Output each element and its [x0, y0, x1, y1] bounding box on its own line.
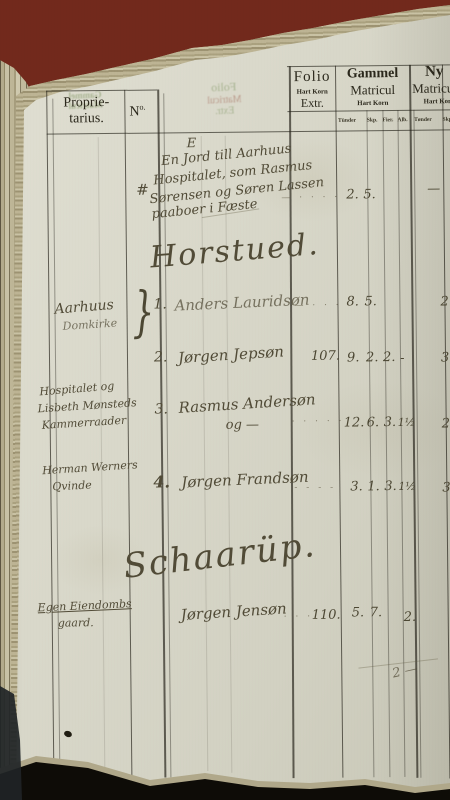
unit-label-ny-skp: Skp. [442, 116, 450, 122]
value-gammel-fier: 2. [383, 350, 396, 365]
row-number: 4. [153, 474, 170, 490]
header-text: Matricul [412, 81, 450, 95]
header-text: N [129, 104, 139, 119]
paper-fold-line [201, 136, 209, 771]
dotted-leader: · · · · · [292, 417, 345, 428]
header-rule [47, 129, 450, 135]
value-gammel-alb: 1½ [398, 480, 416, 493]
unit-label-alb: Alb. [397, 116, 406, 122]
value-gammel-skp: 2. [366, 350, 379, 365]
value-gammel-toender: 8. [346, 294, 359, 309]
value-gammel-fier: 3. [384, 415, 397, 430]
proprietor-name: Qvinde [52, 480, 92, 493]
dotted-leader: - - - - [294, 483, 336, 493]
value-gammel-skp: 7. [370, 605, 383, 620]
proprietor-name: Lisbeth Mønsteds [37, 397, 137, 414]
value-gammel-skp: 1. [367, 479, 380, 494]
value-gammel-toender: 5. [352, 605, 365, 620]
value-gammel-toender: 9. [347, 350, 360, 365]
value-gammel-skp: 6. [367, 415, 380, 430]
header-text: Hart Korn [417, 98, 450, 105]
value-gammel-toender: 2. [346, 187, 359, 202]
value-ny-toender: 3. [441, 350, 450, 365]
header-gammel-matricul: Gammel Matricul Hart Korn [336, 67, 409, 108]
header-text: o. [139, 103, 145, 112]
row-number: 3. [154, 402, 168, 416]
column-line [382, 110, 390, 777]
value-folio: 107. [311, 349, 340, 364]
value-ny-toender: 2. [440, 294, 450, 309]
tenant-name: Jørgen Jensøn [180, 601, 287, 623]
value-gammel-toender: 12. [344, 415, 365, 430]
intro-flourish: E [187, 137, 197, 150]
header-text: Hart Korn [342, 100, 404, 107]
proprietor-name: Kammerraader [41, 415, 126, 431]
tenant-name: Jørgen Jepsøn [178, 344, 285, 366]
dotted-leader: · · · [284, 612, 313, 622]
value-gammel-skp: 5. [363, 187, 376, 202]
tenant-name-continued: og — [226, 418, 259, 431]
value-ny-toender: 2. [442, 416, 450, 431]
proprietor-name: Domkirke [62, 318, 117, 332]
row-brace: } [132, 285, 154, 340]
bleedthrough-block-center: Folio Matricul Extr. [168, 78, 282, 120]
value-gammel-skp: 5. [364, 294, 377, 309]
row-number: 2. [154, 350, 168, 364]
unit-label-fier: Fier. [382, 116, 393, 122]
column-line [124, 90, 133, 776]
header-folio: Folio Hart Korn Extr. [289, 70, 335, 109]
unit-label-ny-toender: Tønder [412, 116, 433, 123]
column-line [366, 110, 374, 777]
header-text: Proprie- [50, 96, 122, 111]
header-ny-matricul: Ny Matricul Hart Korn [412, 64, 450, 106]
proprietor-name: gaard. [58, 617, 94, 628]
value-gammel-alb: - [400, 351, 405, 366]
value-gammel-fier: 3. [384, 479, 397, 494]
value-gammel-alb: 1½ [398, 416, 416, 429]
unit-label-toender: Tünder [336, 117, 357, 124]
header-proprietarius: Proprie- tarius. [50, 96, 122, 127]
village-heading-horstued: Horstued. [149, 230, 321, 274]
header-text: Matricul [336, 83, 409, 97]
header-text: Folio [289, 70, 335, 85]
paper-fold-line [225, 136, 233, 773]
intro-no-mark: # [136, 183, 149, 198]
proprietor-name: Egen Eiendombs [37, 598, 131, 613]
header-text: Hart Korn [293, 88, 332, 95]
value-folio: 110. [312, 608, 341, 623]
dotted-leader: — · · · · [281, 193, 340, 204]
header-no: No. [129, 104, 145, 120]
header-text: tarius. [50, 112, 122, 127]
value-ny-dash: — [427, 182, 440, 197]
value-ny-toender: 3. [442, 480, 450, 495]
ledger-table: Gammel Matricul Folio Matricul Extr. Pro… [0, 0, 450, 800]
value-gammel-toender: 3. [350, 479, 363, 494]
tenant-name: Jørgen Frandsøn [181, 470, 309, 491]
value-gammel-alb: 2. [404, 610, 417, 625]
header-text: Ny [412, 64, 450, 80]
header-text: Extr. [289, 97, 335, 109]
header-text: Gammel [336, 67, 409, 82]
unit-label-skp: Skp. [366, 117, 377, 123]
village-heading-schaarup: Schaarüp. [122, 528, 318, 584]
proprietor-name: Aarhuus [54, 298, 114, 317]
row-number: 1. [153, 297, 167, 311]
paper-fold-line [98, 137, 106, 772]
dotted-leader: — · · · [294, 301, 341, 311]
tenant-name: Rasmus Andersøn [178, 392, 316, 416]
